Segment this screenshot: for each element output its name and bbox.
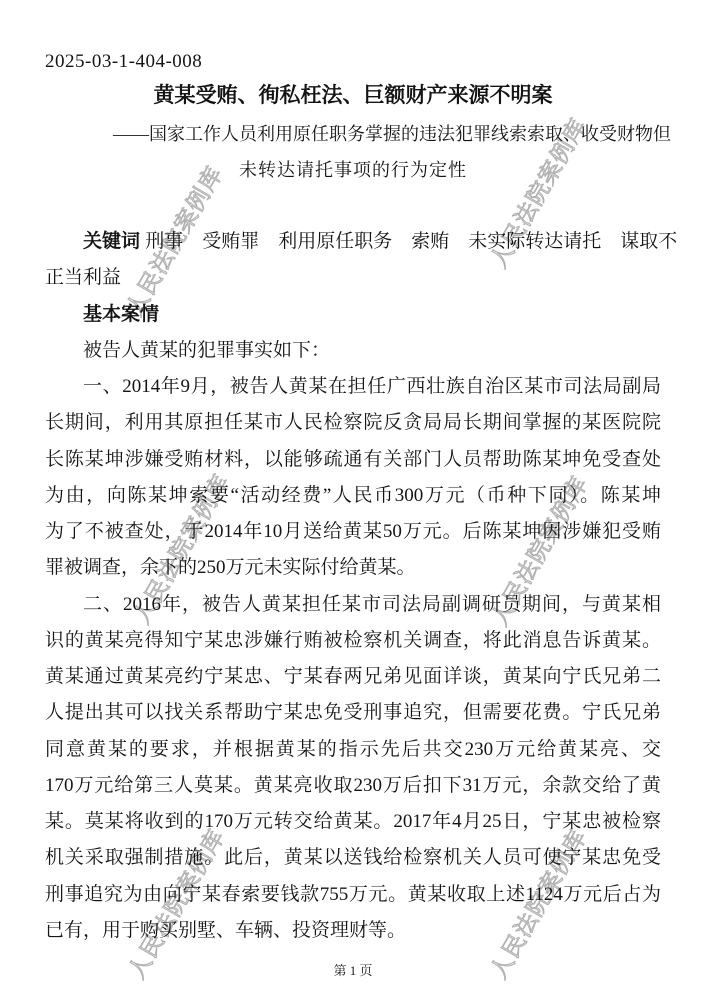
body-line: 机关采取强制措施。此后，黄某以送钱给检察机关人员可使宁某忠免受 [45, 840, 661, 876]
body-line: 已有，用于购买别墅、车辆、投资理财等。 [45, 913, 661, 949]
case-title: 黄某受贿、徇私枉法、巨额财产来源不明案 [45, 80, 661, 110]
body-line: 识的黄某亮得知宁某忠涉嫌行贿被检察机关调查，将此消息告诉黄某。 [45, 623, 661, 659]
document-number: 2025-03-1-404-008 [45, 50, 202, 74]
body-line: 为由，向陈某坤索要“活动经费”人民币300万元（币种下同）。陈某坤 [45, 478, 661, 514]
keywords-terms: 刑事 受贿罪 利用原任职务 索贿 未实际转达请托 谋取不 [145, 231, 677, 252]
body-line: 某。莫某将收到的170万元转交给黄某。2017年4月25日，宁某忠被检察 [45, 804, 661, 840]
page-footer: 第 1 页 [0, 960, 706, 979]
keywords-line: 关键词 刑事 受贿罪 利用原任职务 索贿 未实际转达请托 谋取不 [45, 224, 661, 260]
section-heading: 基本案情 [45, 297, 661, 333]
body-line: 长陈某坤涉嫌受贿材料，以能够疏通有关部门人员帮助陈某坤免受查处 [45, 442, 661, 478]
subtitle-line: 未转达请托事项的行为定性 [45, 152, 661, 188]
case-body: 关键词 刑事 受贿罪 利用原任职务 索贿 未实际转达请托 谋取不 正当利益 基本… [45, 224, 661, 949]
document-content: 2025-03-1-404-008 黄某受贿、徇私枉法、巨额财产来源不明案 ——… [45, 0, 661, 999]
body-line: 罪被调查，余下的250万元未实际付给黄某。 [45, 550, 661, 586]
body-line: 170万元给第三人莫某。黄某亮收取230万后扣下31万元，余款交给了黄 [45, 768, 661, 804]
case-subtitle: ——国家工作人员利用原任职务掌握的违法犯罪线索索取、收受财物但 未转达请托事项的… [45, 116, 661, 188]
body-line: 二、2016年，被告人黄某担任某市司法局副调研员期间，与黄某相 [45, 587, 661, 623]
document-page: 人民法院案例库 人民法院案例库 人民法院案例库 人民法院案例库 人民法院案例库 … [0, 0, 706, 999]
body-line: 黄某通过黄某亮约宁某忠、宁某春两兄弟见面详谈，黄某向宁氏兄弟二 [45, 659, 661, 695]
body-line: 同意黄某的要求，并根据黄某的指示先后共交230万元给黄某亮、交 [45, 732, 661, 768]
keywords-line: 正当利益 [45, 260, 661, 296]
keywords-label: 关键词 [83, 231, 145, 252]
fact-paragraphs: 一、2014年9月，被告人黄某在担任广西壮族自治区某市司法局副局长期间，利用其原… [45, 369, 661, 949]
body-line: 一、2014年9月，被告人黄某在担任广西壮族自治区某市司法局副局 [45, 369, 661, 405]
body-line: 人提出其可以找关系帮助宁某忠免受刑事追究，但需要花费。宁氏兄弟 [45, 695, 661, 731]
body-line: 长期间，利用其原担任某市人民检察院反贪局局长期间掌握的某医院院 [45, 405, 661, 441]
body-line: 为了不被查处，于2014年10月送给黄某50万元。后陈某坤因涉嫌犯受贿 [45, 514, 661, 550]
body-line: 刑事追究为由向宁某春索要钱款755万元。黄某收取上述1124万元后占为 [45, 877, 661, 913]
subtitle-line: ——国家工作人员利用原任职务掌握的违法犯罪线索索取、收受财物但 [45, 116, 661, 152]
intro-line: 被告人黄某的犯罪事实如下： [45, 333, 661, 369]
